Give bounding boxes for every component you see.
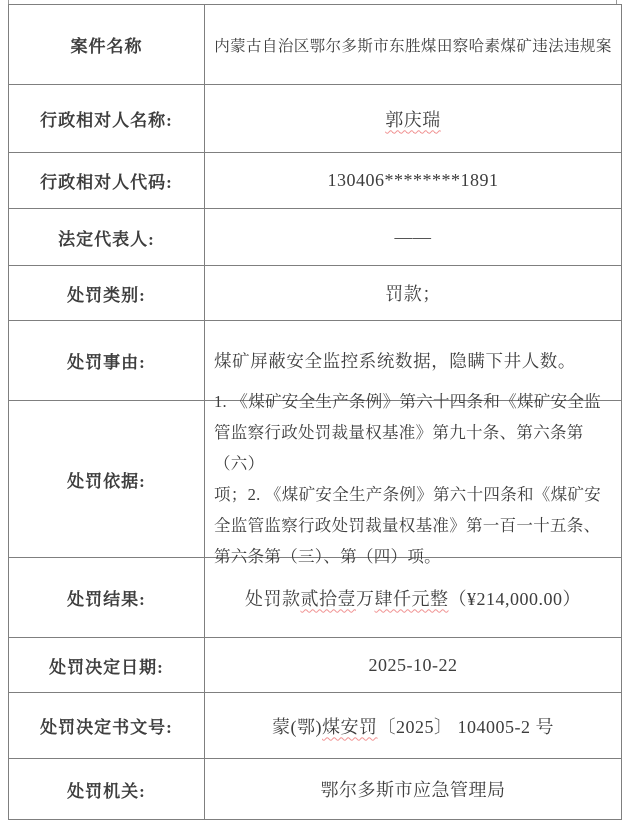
spellcheck-flagged-text: 郭庆瑞 [385,106,441,132]
spellcheck-flagged-text: 贰拾壹 [301,585,357,611]
value-text: 项；2. 《煤矿安全生产条例》第六十四条和《煤矿安 [214,485,601,504]
value-text: 130406********1891 [328,170,499,191]
value-text: 全监管监察行政处罚裁量权基准》第一百一十五条、 [214,516,600,535]
decision-date-label: 处罚决定日期: [9,638,205,692]
party-name-label: 行政相对人名称: [9,85,205,152]
value-text: 鄂尔多斯市应急管理局 [321,776,506,802]
legal-representative-label: 法定代表人: [9,209,205,265]
party-name-value: 郭庆瑞 [205,85,621,152]
penalty-category-label: 处罚类别: [9,266,205,320]
decision-doc-number-label: 处罚决定书文号: [9,693,205,758]
penalty-basis-line: 1. 《煤矿安全生产条例》第六十四条和《煤矿安全监 [214,386,601,417]
table-row-party-code: 行政相对人代码:130406********1891 [9,152,621,208]
penalty-basis-label: 处罚依据: [9,401,205,557]
decision-doc-number-value: 蒙(鄂)煤安罚 〔2025〕 104005-2 号 [205,693,621,758]
value-text: 罚款； [385,280,441,306]
table-row-penalty-category: 处罚类别:罚款； [9,265,621,320]
penalty-result-label: 处罚结果: [9,558,205,637]
penalty-authority-label: 处罚机关: [9,759,205,819]
table-row-legal-representative: 法定代表人:—— [9,208,621,265]
penalty-reason-label: 处罚事由: [9,321,205,400]
table-row-penalty-result: 处罚结果:处罚款贰拾壹万肆仟元整（¥214,000.00） [9,557,621,637]
value-text: 万 [356,585,375,611]
penalty-result-value: 处罚款贰拾壹万肆仟元整（¥214,000.00） [205,558,621,637]
table-row-party-name: 行政相对人名称:郭庆瑞 [9,84,621,152]
case-name-value: 内蒙古自治区鄂尔多斯市东胜煤田察哈素煤矿违法违规案 [205,5,621,84]
penalty-category-value: 罚款； [205,266,621,320]
penalty-authority-value: 鄂尔多斯市应急管理局 [205,759,621,819]
party-code-value: 130406********1891 [205,153,621,208]
document-page: 案件名称内蒙古自治区鄂尔多斯市东胜煤田察哈素煤矿违法违规案行政相对人名称:郭庆瑞… [0,0,630,822]
table-row-decision-date: 处罚决定日期:2025-10-22 [9,637,621,692]
table-row-case-name: 案件名称内蒙古自治区鄂尔多斯市东胜煤田察哈素煤矿违法违规案 [9,5,621,84]
value-text: （¥214,000.00） [449,585,582,611]
table-row-penalty-authority: 处罚机关:鄂尔多斯市应急管理局 [9,758,621,819]
decision-date-value: 2025-10-22 [205,638,621,692]
penalty-info-table: 案件名称内蒙古自治区鄂尔多斯市东胜煤田察哈素煤矿违法违规案行政相对人名称:郭庆瑞… [8,4,622,820]
value-text: 内蒙古自治区鄂尔多斯市东胜煤田察哈素煤矿违法违规案 [214,34,612,56]
value-text: 处罚款 [245,585,301,611]
legal-representative-value: —— [205,209,621,265]
value-text: 煤矿屏蔽安全监控系统数据，隐瞒下井人数。 [214,348,576,373]
spellcheck-flagged-text: 肆仟元整 [375,585,449,611]
penalty-basis-line: 项；2. 《煤矿安全生产条例》第六十四条和《煤矿安 [214,479,601,510]
table-row-penalty-basis: 处罚依据:1. 《煤矿安全生产条例》第六十四条和《煤矿安全监管监察行政处罚裁量权… [9,400,621,557]
spellcheck-flagged-text: 煤安罚 [322,713,378,739]
party-code-label: 行政相对人代码: [9,153,205,208]
case-name-label: 案件名称 [9,5,205,84]
value-text: 2025-10-22 [369,655,458,676]
value-text: —— [395,227,432,248]
value-text: 蒙(鄂) [272,713,322,739]
value-text: 〔2025〕 104005-2 号 [378,713,555,739]
table-row-decision-doc-number: 处罚决定书文号:蒙(鄂)煤安罚 〔2025〕 104005-2 号 [9,692,621,758]
penalty-basis-line: 管监察行政处罚裁量权基准》第九十条、第六条第（六） [214,417,613,479]
value-text: 1. 《煤矿安全生产条例》第六十四条和《煤矿安全监 [214,392,601,411]
value-text: 管监察行政处罚裁量权基准》第九十条、第六条第（六） [214,423,584,473]
penalty-basis-line: 全监管监察行政处罚裁量权基准》第一百一十五条、 [214,510,600,541]
penalty-basis-value: 1. 《煤矿安全生产条例》第六十四条和《煤矿安全监管监察行政处罚裁量权基准》第九… [205,401,621,557]
